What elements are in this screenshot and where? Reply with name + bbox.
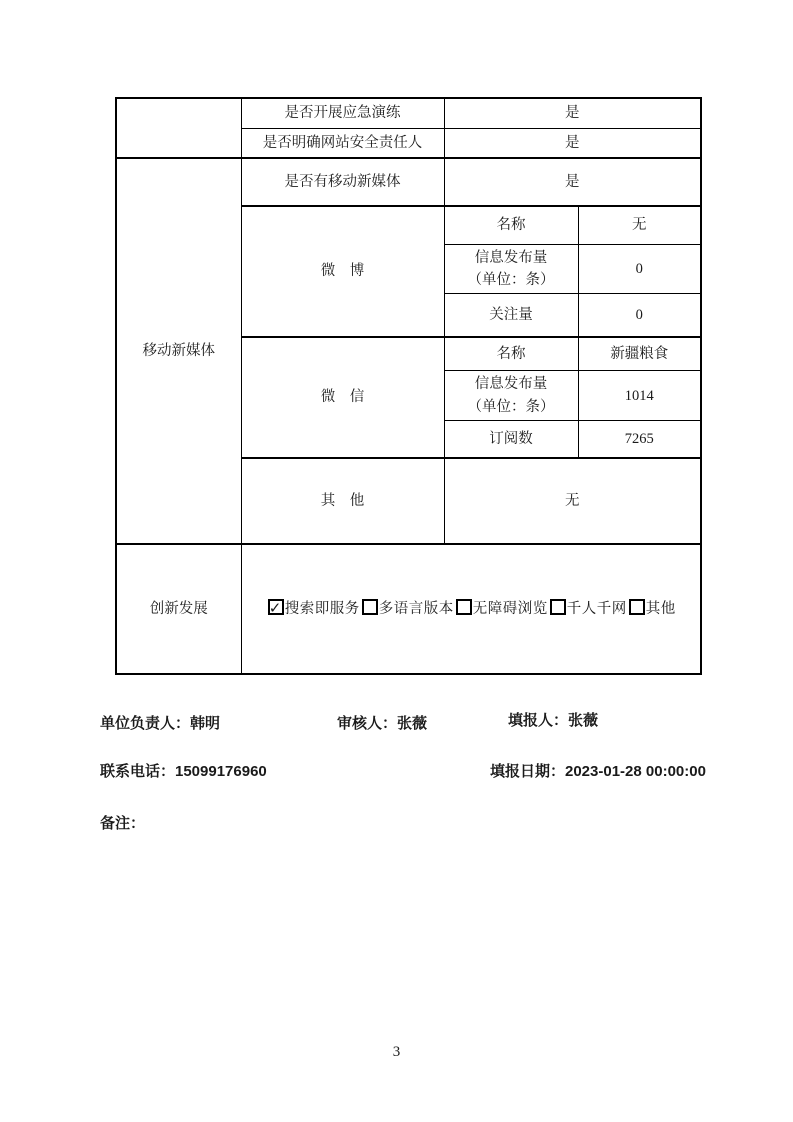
document-page: 是否开展应急演练 是 是否明确网站安全责任人 是 移动新媒体 是否有移动新媒体 … bbox=[0, 0, 793, 1122]
table-row: 移动新媒体 是否有移动新媒体 是 bbox=[116, 158, 701, 206]
group-label-innovation: 创新发展 bbox=[116, 544, 241, 674]
cell-label: 是否有移动新媒体 bbox=[241, 158, 444, 206]
checkbox-label: 多语言版本 bbox=[379, 601, 454, 617]
report-table: 是否开展应急演练 是 是否明确网站安全责任人 是 移动新媒体 是否有移动新媒体 … bbox=[115, 97, 702, 675]
cell-label: 是否开展应急演练 bbox=[241, 98, 444, 128]
cell-value: 是 bbox=[444, 158, 701, 206]
group-label-mobile-media: 移动新媒体 bbox=[116, 158, 241, 544]
checkbox-label: 其他 bbox=[646, 601, 676, 617]
report-date-text: 填报日期：2023-01-28 00:00:00 bbox=[490, 760, 706, 781]
remark-label: 备注： bbox=[100, 812, 145, 833]
cell-value: 是 bbox=[444, 98, 701, 128]
checkbox-personalized-web bbox=[550, 599, 566, 615]
wechat-label: 微 信 bbox=[241, 337, 444, 458]
innovation-options-cell: 搜索即服务多语言版本无障碍浏览千人千网其他 bbox=[241, 544, 701, 674]
cell-value: 无 bbox=[444, 458, 701, 544]
cell-value: 7265 bbox=[578, 421, 701, 458]
group-cell-empty bbox=[116, 98, 241, 158]
checkbox-label: 千人千网 bbox=[567, 601, 627, 617]
unit-head-text: 单位负责人：韩明 bbox=[100, 712, 220, 733]
cell-value: 0 bbox=[578, 294, 701, 337]
checkbox-search-service bbox=[268, 599, 284, 615]
cell-label: 名称 bbox=[444, 337, 578, 371]
table-row: 是否开展应急演练 是 bbox=[116, 98, 701, 128]
cell-label: 订阅数 bbox=[444, 421, 578, 458]
cell-label: 是否明确网站安全责任人 bbox=[241, 128, 444, 158]
checkbox-multilanguage bbox=[362, 599, 378, 615]
cell-label: 名称 bbox=[444, 206, 578, 244]
checkbox-label: 搜索即服务 bbox=[285, 601, 360, 617]
filler-text: 填报人：张薇 bbox=[508, 709, 598, 730]
cell-value: 是 bbox=[444, 128, 701, 158]
cell-value: 新疆粮食 bbox=[578, 337, 701, 371]
cell-label: 信息发布量 （单位：条） bbox=[444, 244, 578, 294]
checkbox-label: 无障碍浏览 bbox=[473, 601, 548, 617]
phone-text: 联系电话：15099176960 bbox=[100, 760, 267, 781]
checkbox-accessibility bbox=[456, 599, 472, 615]
cell-value: 0 bbox=[578, 244, 701, 294]
reviewer-text: 审核人：张薇 bbox=[337, 712, 427, 733]
other-media-label: 其 他 bbox=[241, 458, 444, 544]
cell-label: 关注量 bbox=[444, 294, 578, 337]
cell-label: 信息发布量 （单位：条） bbox=[444, 371, 578, 421]
table-row: 创新发展 搜索即服务多语言版本无障碍浏览千人千网其他 bbox=[116, 544, 701, 674]
cell-value: 1014 bbox=[578, 371, 701, 421]
page-number: 3 bbox=[0, 1044, 793, 1061]
weibo-label: 微 博 bbox=[241, 206, 444, 337]
cell-value: 无 bbox=[578, 206, 701, 244]
checkbox-other bbox=[629, 599, 645, 615]
